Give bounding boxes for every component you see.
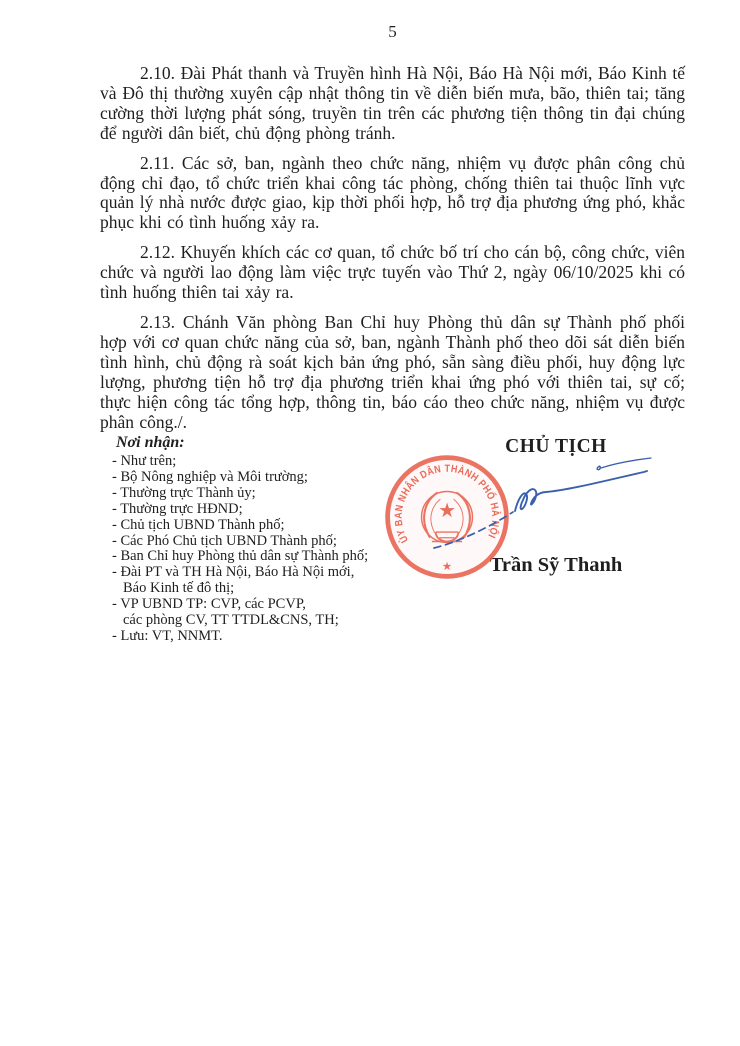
recipient-line: - Lưu: VT, NNMT. [112, 629, 442, 645]
recipients-header: Nơi nhận: [112, 434, 442, 452]
handwritten-signature [420, 448, 680, 563]
signature-main-stroke [515, 471, 647, 511]
signature-section: CHỦ TỊCH Trần Sỹ Thanh [436, 0, 676, 1]
paragraph-2-11: 2.11. Các sở, ban, ngành theo chức năng,… [100, 154, 685, 234]
document-body: 2.10. Đài Phát thanh và Truyền hình Hà N… [100, 64, 685, 442]
signature-flourish-curl [597, 466, 600, 469]
signature-tail-stroke [434, 512, 513, 548]
paragraph-2-10: 2.10. Đài Phát thanh và Truyền hình Hà N… [100, 64, 685, 144]
recipient-line-continuation: các phòng CV, TT TTDL&CNS, TH; [112, 613, 442, 629]
recipient-line: - VP UBND TP: CVP, các PCVP, [112, 597, 442, 613]
paragraph-2-13: 2.13. Chánh Văn phòng Ban Chỉ huy Phòng … [100, 313, 685, 432]
paragraph-2-12: 2.12. Khuyến khích các cơ quan, tổ chức … [100, 243, 685, 303]
signature-flourish-stroke [601, 458, 651, 468]
signature-ink-icon [420, 448, 680, 563]
page-number: 5 [100, 22, 685, 42]
recipient-line-continuation: Báo Kinh tế đô thị; [112, 581, 442, 597]
document-page: 5 2.10. Đài Phát thanh và Truyền hình Hà… [0, 0, 740, 1046]
